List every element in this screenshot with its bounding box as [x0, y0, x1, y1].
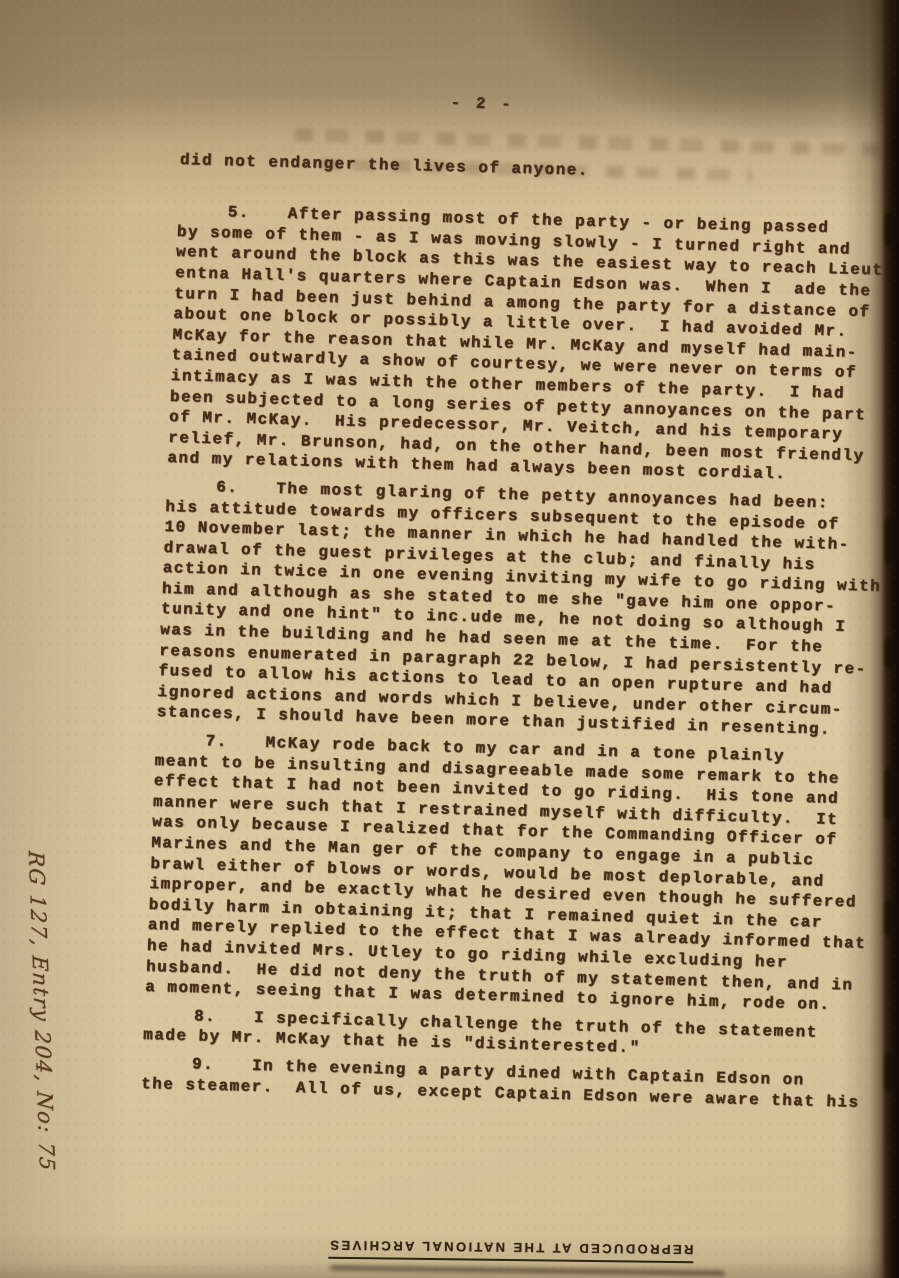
page-edge-mark: [885, 1052, 898, 1092]
typed-line-intro: did not endanger the lives of anyone.: [179, 150, 899, 190]
paragraph-number: 8.: [194, 1006, 255, 1028]
page-edge-mark: [885, 768, 898, 820]
document-page: - 2 - did not endanger the lives of anyo…: [0, 0, 899, 1278]
page-edge-mark: [885, 900, 898, 936]
archival-margin-note: RG 127, Entry 204, No: 75: [24, 850, 60, 1182]
typed-text-block: - 2 - did not endanger the lives of anyo…: [140, 86, 899, 1121]
national-archives-stamp: REPRODUCED AT THE NATIONAL ARCHIVES: [328, 1238, 694, 1263]
page-edge-mark: [885, 638, 898, 668]
stamp-smudge-mark: [330, 1265, 725, 1276]
page-edge-mark: [885, 212, 898, 246]
typed-paragraph: 5.After passing most of the party - or b…: [167, 201, 899, 488]
typed-paragraph: 7.McKay rode back to my car and in a ton…: [145, 730, 896, 1017]
paragraph-number: 7.: [205, 731, 266, 753]
page-edge-mark: [885, 518, 898, 564]
paragraphs-container: 5.After passing most of the party - or b…: [141, 201, 899, 1113]
paragraph-number: 6.: [216, 477, 277, 499]
paragraph-number: 9.: [192, 1054, 253, 1076]
page-number: - 2 -: [450, 93, 899, 126]
paragraph-number: 5.: [227, 202, 288, 224]
typed-paragraph: 6.The most glaring of the petty annoyanc…: [156, 476, 899, 743]
